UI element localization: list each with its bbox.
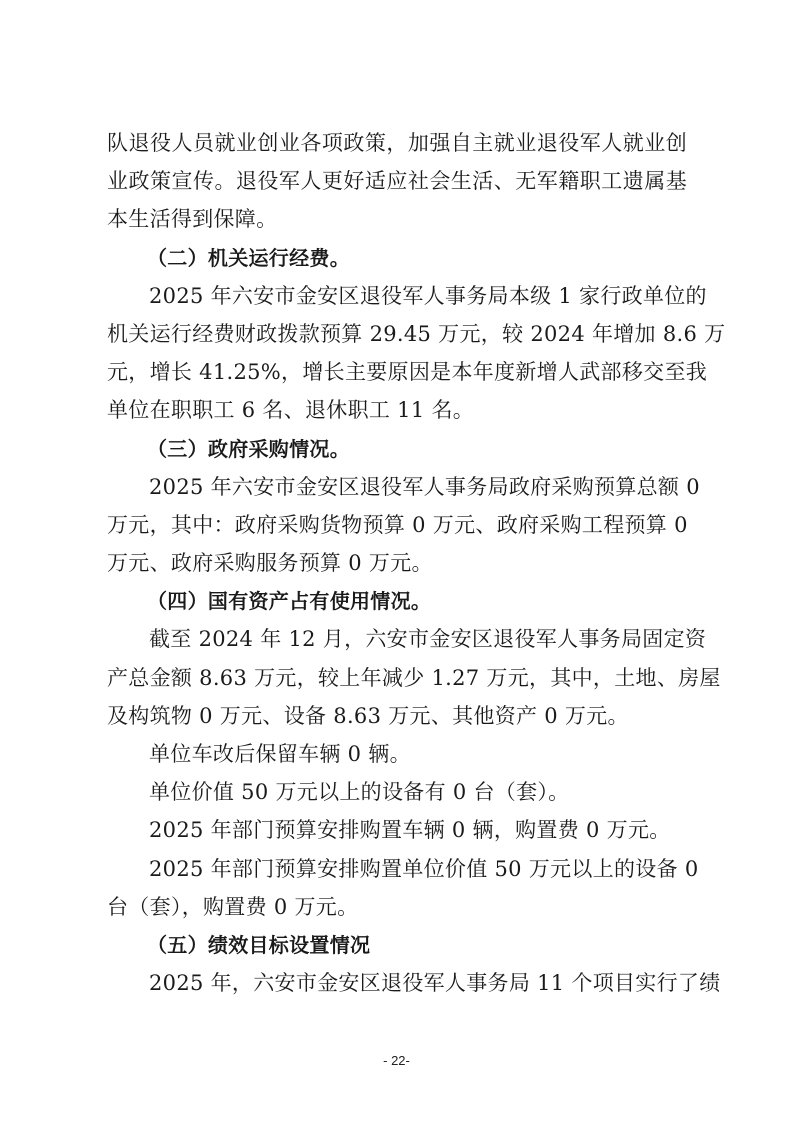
body-text-line: 业政策宣传。退役军人更好适应社会生活、无军籍职工遗属基 [107,162,687,200]
body-text-line: 及构筑物 0 万元、设备 8.63 万元、其他资产 0 万元。 [107,697,687,735]
body-text-line: 产总金额 8.63 万元，较上年减少 1.27 万元，其中，土地、房屋 [107,659,687,697]
body-text-line: 元，增长 41.25%，增长主要原因是本年度新增人武部移交至我 [107,353,687,391]
body-text-line-equipment: 单位价值 50 万元以上的设备有 0 台（套）。 [107,773,687,811]
body-text-line: 截至 2024 年 12 月，六安市金安区退役军人事务局固定资 [107,620,687,658]
body-text-line: 台（套），购置费 0 万元。 [107,888,687,926]
body-text-line: 万元，其中：政府采购货物预算 0 万元、政府采购工程预算 0 [107,506,687,544]
section-heading-operating-expenses: （二）机关运行经费。 [107,239,687,277]
body-text-line: 单位在职职工 6 名、退休职工 11 名。 [107,391,687,429]
body-text-line: 机关运行经费财政拨款预算 29.45 万元，较 2024 年增加 8.6 万 [107,315,687,353]
body-text-line: 万元、政府采购服务预算 0 万元。 [107,544,687,582]
document-page: 队退役人员就业创业各项政策，加强自主就业退役军人就业创 业政策宣传。退役军人更好… [107,124,687,1002]
body-text-line: 本生活得到保障。 [107,200,687,238]
body-text-line: 队退役人员就业创业各项政策，加强自主就业退役军人就业创 [107,124,687,162]
body-text-line: 2025 年六安市金安区退役军人事务局本级 1 家行政单位的 [107,277,687,315]
section-heading-government-procurement: （三）政府采购情况。 [107,430,687,468]
body-text-line-vehicle-purchase: 2025 年部门预算安排购置车辆 0 辆，购置费 0 万元。 [107,811,687,849]
page-number: - 22- [0,1053,793,1068]
body-text-line: 2025 年六安市金安区退役军人事务局政府采购预算总额 0 [107,468,687,506]
body-text-line-vehicles: 单位车改后保留车辆 0 辆。 [107,735,687,773]
body-text-line: 2025 年，六安市金安区退役军人事务局 11 个项目实行了绩 [107,964,687,1002]
section-heading-state-assets: （四）国有资产占有使用情况。 [107,582,687,620]
section-heading-performance-targets: （五）绩效目标设置情况 [107,926,687,964]
body-text-line-equipment-purchase: 2025 年部门预算安排购置单位价值 50 万元以上的设备 0 [107,850,687,888]
